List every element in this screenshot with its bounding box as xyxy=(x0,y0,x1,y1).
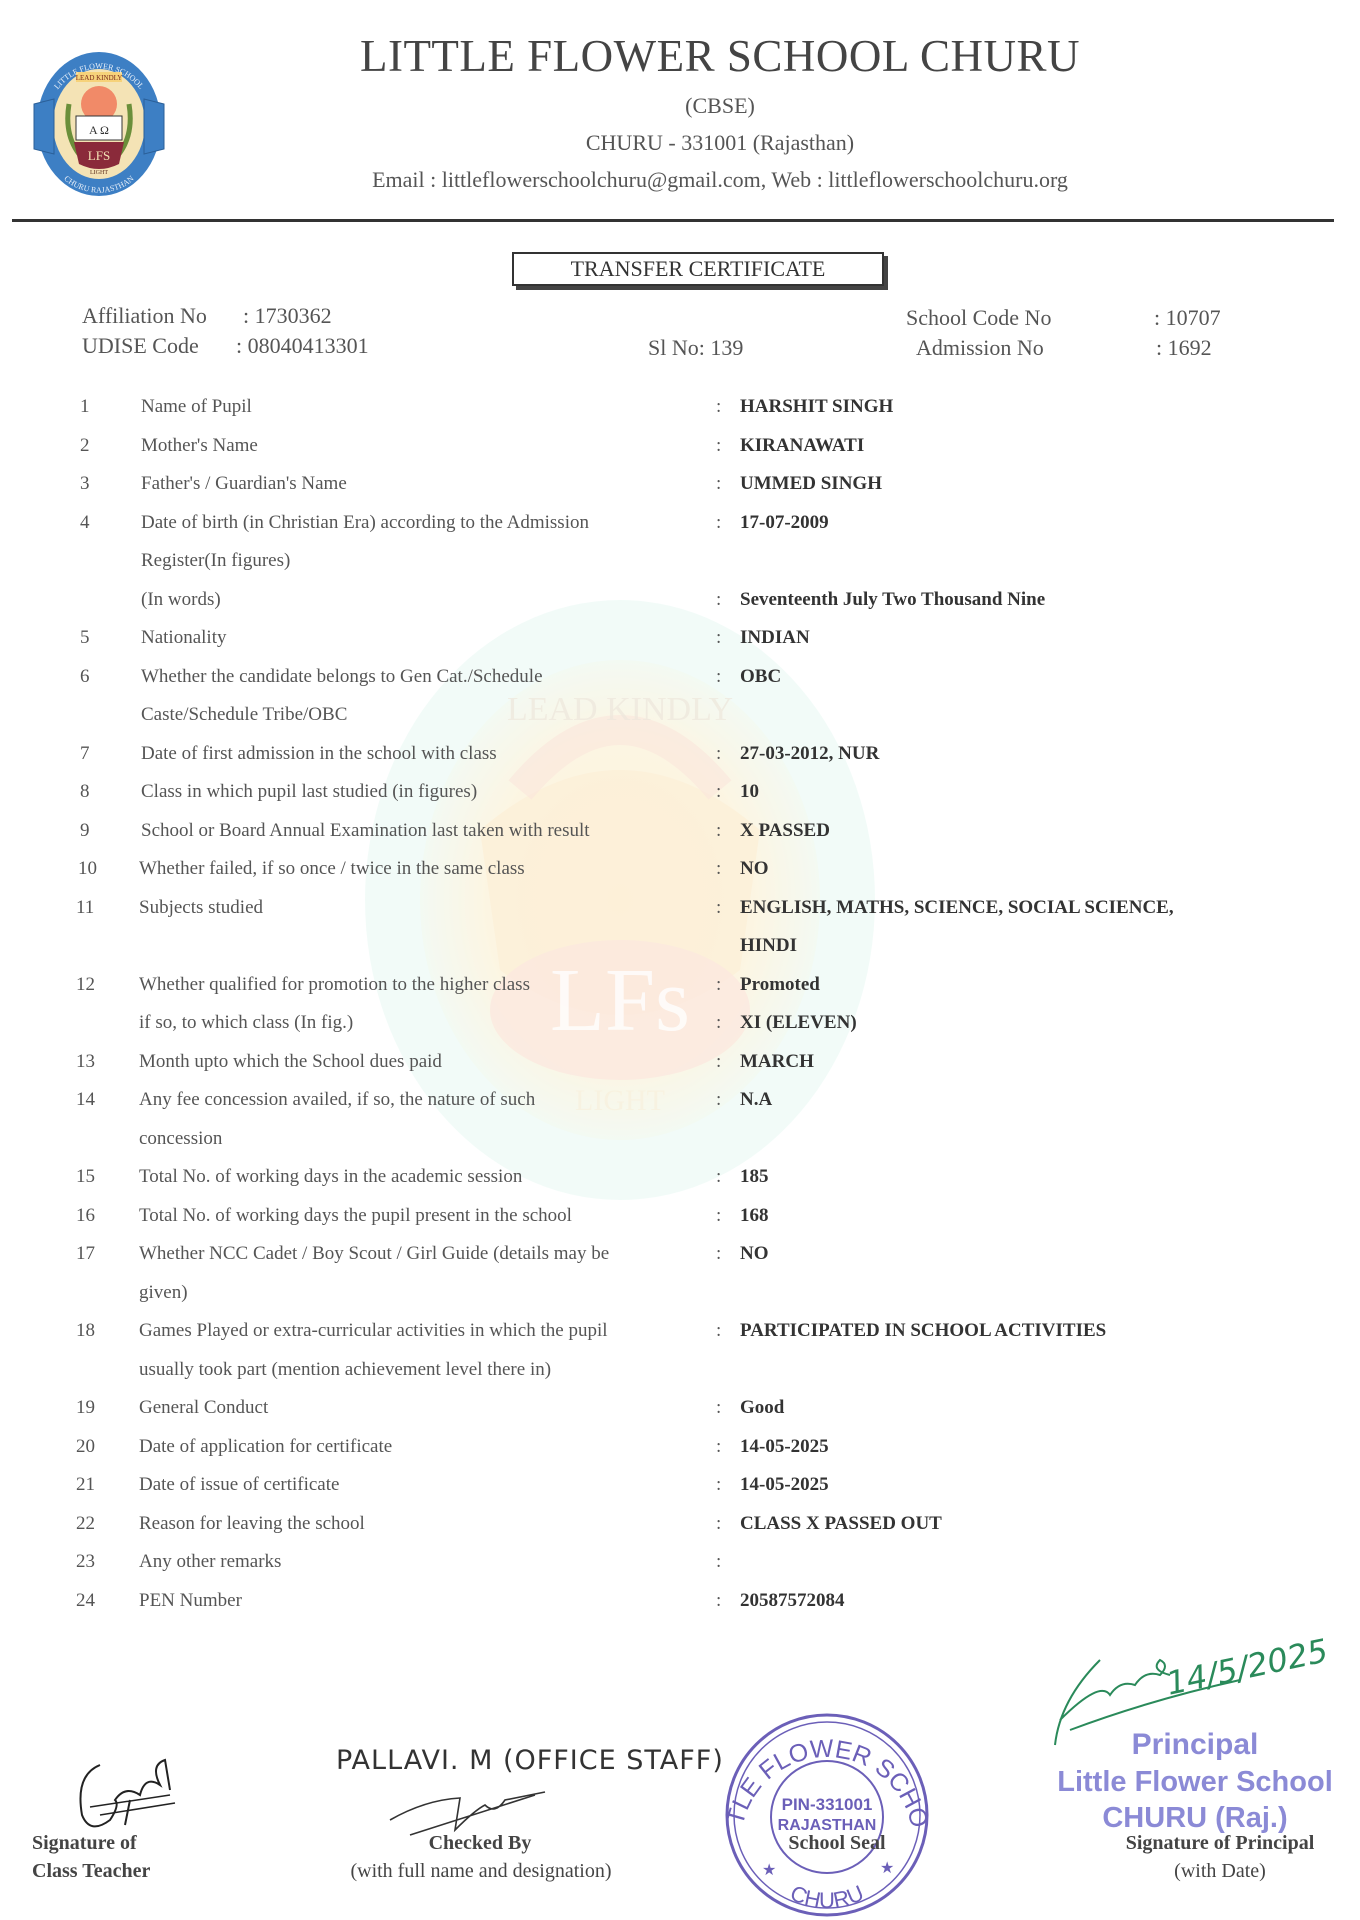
row-number: 19 xyxy=(76,1397,95,1419)
row-colon: : xyxy=(716,1205,721,1227)
row-colon: : xyxy=(716,1166,721,1188)
row-label: Register(In figures) xyxy=(141,550,290,572)
row-number: 11 xyxy=(76,897,94,919)
row-label: Games Played or extra-curricular activit… xyxy=(139,1320,608,1342)
row-value: Good xyxy=(740,1397,784,1419)
row-colon: : xyxy=(716,974,721,996)
school-contact: Email : littleflowerschoolchuru@gmail.co… xyxy=(0,167,1360,193)
row-colon: : xyxy=(716,1051,721,1073)
row-label: Total No. of working days the pupil pres… xyxy=(139,1205,572,1227)
row-colon: : xyxy=(716,396,721,418)
svg-text:★: ★ xyxy=(762,1862,776,1879)
row-value: Seventeenth July Two Thousand Nine xyxy=(740,589,1045,611)
row-number: 2 xyxy=(80,435,90,457)
row-colon: : xyxy=(716,627,721,649)
row-label: Month upto which the School dues paid xyxy=(139,1051,442,1073)
row-value: INDIAN xyxy=(740,627,810,649)
udise-value: : 08040413301 xyxy=(236,333,369,359)
svg-text:LEAD KINDLY: LEAD KINDLY xyxy=(507,691,733,728)
row-label: Any fee concession availed, if so, the n… xyxy=(139,1089,535,1111)
row-value: 27-03-2012, NUR xyxy=(740,743,879,765)
row-value: N.A xyxy=(740,1089,772,1111)
svg-text:★: ★ xyxy=(880,1860,894,1877)
row-label: concession xyxy=(139,1128,222,1150)
row-label: PEN Number xyxy=(139,1590,242,1612)
principal-label: Signature of Principal xyxy=(1090,1832,1350,1855)
row-value: 185 xyxy=(740,1166,769,1188)
row-number: 6 xyxy=(80,666,90,688)
row-value: NO xyxy=(740,858,769,880)
row-number: 5 xyxy=(80,627,90,649)
row-colon: : xyxy=(716,666,721,688)
row-number: 9 xyxy=(80,820,90,842)
row-number: 18 xyxy=(76,1320,95,1342)
row-label: Class in which pupil last studied (in fi… xyxy=(141,781,477,803)
row-value: ENGLISH, MATHS, SCIENCE, SOCIAL SCIENCE, xyxy=(740,897,1174,919)
row-value: 10 xyxy=(740,781,759,803)
row-value: 14-05-2025 xyxy=(740,1436,829,1458)
row-label: Subjects studied xyxy=(139,897,263,919)
header-divider xyxy=(12,219,1334,222)
row-label: Whether NCC Cadet / Boy Scout / Girl Gui… xyxy=(139,1243,609,1265)
row-value: MARCH xyxy=(740,1051,814,1073)
row-number: 7 xyxy=(80,743,90,765)
school-name: LITTLE FLOWER SCHOOL CHURU xyxy=(0,30,1360,82)
svg-text:PIN-331001: PIN-331001 xyxy=(782,1795,873,1814)
class-teacher-label-2: Class Teacher xyxy=(32,1860,150,1883)
row-value: X PASSED xyxy=(740,820,830,842)
checked-by-label: Checked By xyxy=(330,1832,630,1855)
row-number: 13 xyxy=(76,1051,95,1073)
row-number: 15 xyxy=(76,1166,95,1188)
row-colon: : xyxy=(716,858,721,880)
school-code-value: : 10707 xyxy=(1154,305,1221,331)
row-number: 12 xyxy=(76,974,95,996)
row-value: CLASS X PASSED OUT xyxy=(740,1513,942,1535)
row-label: Date of birth (in Christian Era) accordi… xyxy=(141,512,589,534)
row-number: 20 xyxy=(76,1436,95,1458)
row-number: 3 xyxy=(80,473,90,495)
row-label: Date of application for certificate xyxy=(139,1436,392,1458)
row-number: 14 xyxy=(76,1089,95,1111)
row-label: Whether failed, if so once / twice in th… xyxy=(139,858,525,880)
row-label: Whether the candidate belongs to Gen Cat… xyxy=(141,666,543,688)
row-value: 168 xyxy=(740,1205,769,1227)
row-label: Total No. of working days in the academi… xyxy=(139,1166,522,1188)
row-colon: : xyxy=(716,1474,721,1496)
row-number: 22 xyxy=(76,1513,95,1535)
row-value: NO xyxy=(740,1243,769,1265)
row-colon: : xyxy=(716,1243,721,1265)
row-label: Any other remarks xyxy=(139,1551,281,1573)
row-colon: : xyxy=(716,1397,721,1419)
row-colon: : xyxy=(716,435,721,457)
svg-text:LFs: LFs xyxy=(550,951,690,1050)
principal-note: (with Date) xyxy=(1090,1860,1350,1883)
row-label: School or Board Annual Examination last … xyxy=(141,820,590,842)
school-address: CHURU - 331001 (Rajasthan) xyxy=(0,130,1360,156)
row-colon: : xyxy=(716,897,721,919)
row-label: Whether qualified for promotion to the h… xyxy=(139,974,530,996)
row-number: 10 xyxy=(78,858,97,880)
checked-by-note: (with full name and designation) xyxy=(316,1860,646,1883)
row-value: KIRANAWATI xyxy=(740,435,864,457)
row-value: Promoted xyxy=(740,974,820,996)
school-board: (CBSE) xyxy=(0,93,1360,119)
row-number: 16 xyxy=(76,1205,95,1227)
school-seal-icon: LITTLE FLOWER SCHOOL CHURU PIN-331001 RA… xyxy=(712,1705,942,1920)
row-label: Date of first admission in the school wi… xyxy=(141,743,497,765)
row-value: XI (ELEVEN) xyxy=(740,1012,857,1034)
row-label: (In words) xyxy=(141,589,221,611)
row-value: UMMED SINGH xyxy=(740,473,882,495)
certificate-title: TRANSFER CERTIFICATE xyxy=(512,252,884,286)
row-label: if so, to which class (In fig.) xyxy=(139,1012,353,1034)
row-value: PARTICIPATED IN SCHOOL ACTIVITIES xyxy=(740,1320,1106,1342)
admission-value: : 1692 xyxy=(1156,335,1212,361)
row-number: 21 xyxy=(76,1474,95,1496)
row-label: Father's / Guardian's Name xyxy=(141,473,347,495)
school-code-label: School Code No xyxy=(906,305,1051,331)
row-label: given) xyxy=(139,1282,188,1304)
row-colon: : xyxy=(716,1436,721,1458)
row-value: OBC xyxy=(740,666,781,688)
row-value: HARSHIT SINGH xyxy=(740,396,893,418)
row-colon: : xyxy=(716,781,721,803)
row-colon: : xyxy=(716,1551,721,1573)
row-colon: : xyxy=(716,1012,721,1034)
row-colon: : xyxy=(716,1513,721,1535)
row-label: Nationality xyxy=(141,627,226,649)
row-colon: : xyxy=(716,589,721,611)
svg-text:LIGHT: LIGHT xyxy=(575,1084,665,1117)
row-number: 1 xyxy=(80,396,90,418)
checked-by-handwritten-name: PALLAVI. M (OFFICE STAFF) xyxy=(336,1745,724,1776)
class-teacher-signature-icon xyxy=(70,1745,190,1840)
row-colon: : xyxy=(716,820,721,842)
row-colon: : xyxy=(716,1590,721,1612)
row-value: 17-07-2009 xyxy=(740,512,829,534)
row-colon: : xyxy=(716,512,721,534)
row-value: HINDI xyxy=(740,935,797,957)
row-label: Date of issue of certificate xyxy=(139,1474,339,1496)
row-label: General Conduct xyxy=(139,1397,268,1419)
row-label: usually took part (mention achievement l… xyxy=(139,1359,551,1381)
row-colon: : xyxy=(716,1089,721,1111)
row-label: Name of Pupil xyxy=(141,396,252,418)
school-seal-label: School Seal xyxy=(762,1832,912,1855)
row-value: 20587572084 xyxy=(740,1590,845,1612)
svg-text:CHURU: CHURU xyxy=(787,1880,868,1913)
udise-label: UDISE Code xyxy=(82,333,199,359)
row-label: Reason for leaving the school xyxy=(139,1513,365,1535)
row-value: 14-05-2025 xyxy=(740,1474,829,1496)
row-number: 24 xyxy=(76,1590,95,1612)
affiliation-label: Affiliation No xyxy=(82,303,207,329)
row-number: 17 xyxy=(76,1243,95,1265)
row-colon: : xyxy=(716,473,721,495)
serial-number: Sl No: 139 xyxy=(648,335,743,361)
principal-stamp-school: Little Flower School xyxy=(1040,1766,1350,1799)
row-number: 23 xyxy=(76,1551,95,1573)
row-number: 8 xyxy=(80,781,90,803)
class-teacher-label-1: Signature of xyxy=(32,1832,137,1855)
principal-stamp-city: CHURU (Raj.) xyxy=(1050,1802,1340,1835)
row-colon: : xyxy=(716,1320,721,1342)
affiliation-value: : 1730362 xyxy=(243,303,332,329)
row-label: Mother's Name xyxy=(141,435,258,457)
row-colon: : xyxy=(716,743,721,765)
row-number: 4 xyxy=(80,512,90,534)
admission-label: Admission No xyxy=(916,335,1044,361)
principal-stamp-title: Principal xyxy=(1050,1728,1340,1762)
row-label: Caste/Schedule Tribe/OBC xyxy=(141,704,347,726)
